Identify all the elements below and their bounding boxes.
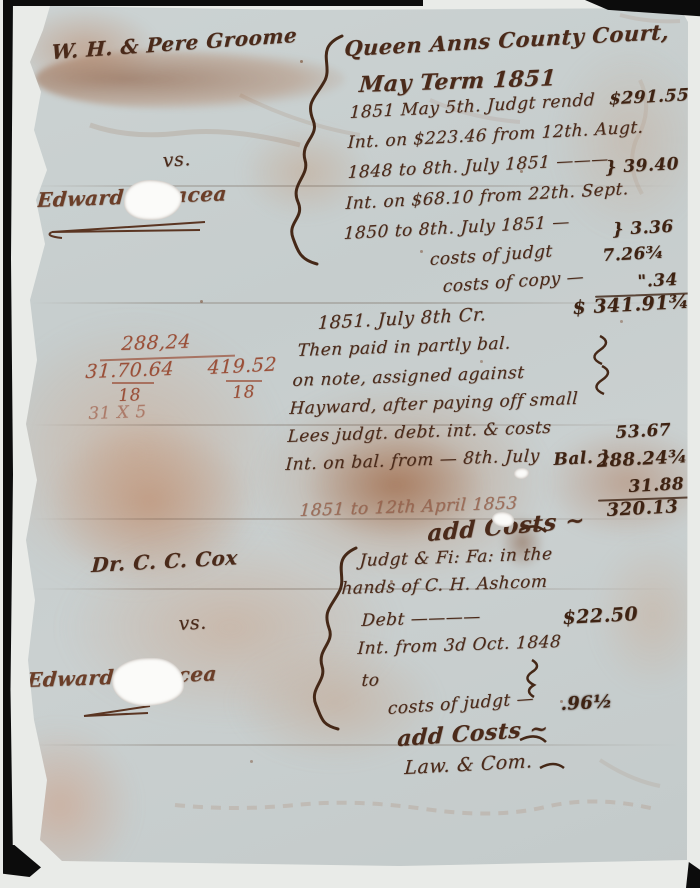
entry-amount: } 39.40 [605,154,680,178]
entry-amount: ".34 [637,270,678,292]
scan-edge-bottom-right [686,862,700,888]
margin-calc-line: 31 X 5 [88,402,147,424]
margin-calc-line: 288,24 [121,331,192,355]
entry-amount: } 3.36 [612,217,674,240]
case2-brace [314,548,356,729]
credit-amount3: 31.88 [628,474,685,497]
scan-edge-bottom-left [3,845,41,877]
paper-sheet: W. H. & Pere Groome vs. Edward T. Pacea … [0,0,700,888]
paper-chip [492,512,514,527]
case2-debt-amount: $22.50 [562,603,639,629]
margin-calc-rule [112,382,154,384]
defendant1-flourish [50,222,205,238]
case2-versus: vs. [178,612,207,635]
credit-amount1: 53.67 [615,420,672,443]
credit-squiggle-2 [596,366,608,394]
credit-squiggle-1 [594,336,606,364]
closing-flourish [540,764,564,768]
entry-amount: $291.55 [609,85,690,109]
margin-calc-line: 18 [232,382,255,403]
scanned-document-page: W. H. & Pere Groome vs. Edward T. Pacea … [0,0,700,888]
case2-debt-label: Debt ———— [361,607,481,631]
case1-versus: vs. [162,148,191,172]
scan-edge-top [3,0,423,6]
case1-brace [292,36,342,264]
margin-calc-line: 31.70.64 [85,358,175,383]
case2-costs-amount: .96½ [560,691,613,715]
entry-amount: 7.26¾ [602,243,665,266]
case2-line: to [361,670,380,691]
defendant2-flourish [84,706,150,716]
margin-calc-rule [226,380,262,382]
scan-edge-left [3,0,13,862]
paper-hole-bottom [112,658,184,706]
